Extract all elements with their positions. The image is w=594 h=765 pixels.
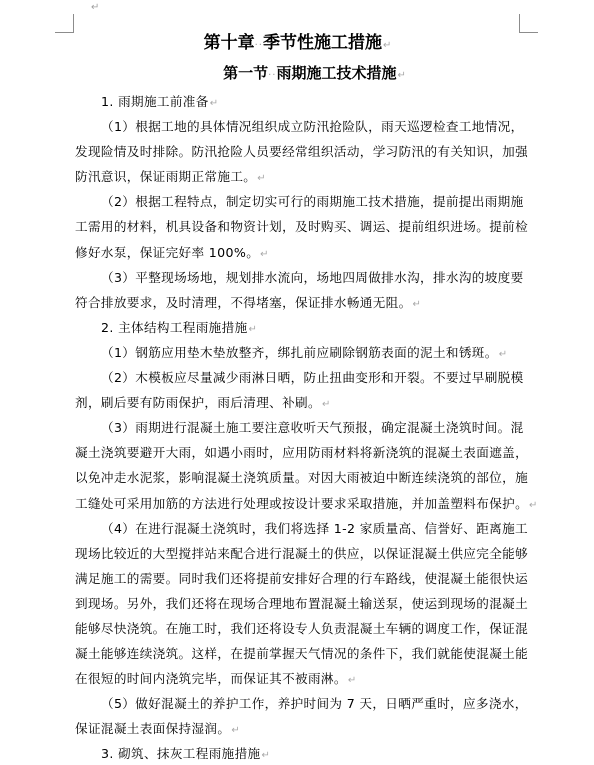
line-text: （2）木模板应尽量减少雨淋日晒，防止扭曲变形和开裂。不要过早刷脱模 bbox=[101, 370, 524, 385]
paragraph-mark-icon: ↵ bbox=[322, 399, 331, 410]
line-text: 到现场。另外，我们还将在现场合理地布置混凝土输送泵，使运到现场的混凝土 bbox=[75, 596, 528, 611]
space-mark-icon: ·· bbox=[255, 40, 263, 51]
text-line: 2. 主体结构工程雨施措施↵ bbox=[75, 315, 520, 340]
line-text: 发现险情及时排除。防汛抢险人员要经常组织活动，学习防汛的有关知识，加强 bbox=[75, 144, 528, 159]
line-text: 现场比较近的大型搅拌站来配合进行混凝土的供应，以保证混凝土供应完全能够 bbox=[75, 546, 528, 561]
text-line: （1）钢筋应用垫木垫放整齐，绑扎前应刷除钢筋表面的泥土和锈斑。↵ bbox=[75, 340, 520, 365]
paragraph-mark-icon: ↵ bbox=[398, 70, 406, 81]
line-text: 3. 砌筑、抹灰工程雨施措施 bbox=[101, 746, 260, 761]
text-line: （4）在进行混凝土浇筑时，我们将选择 1-2 家质量高、信誉好、距离施工 bbox=[75, 516, 520, 541]
text-line: 工缝处可采用加筋的方法进行处理或按设计要求采取措施，并加盖塑料布保护。↵ bbox=[75, 491, 520, 516]
line-text: （5）做好混凝土的养护工作，养护时间为 7 天，日晒严重时，应多浇水， bbox=[101, 696, 528, 711]
text-line: 剂，刷后要有防雨保护，雨后清理、补刷。↵ bbox=[75, 390, 520, 415]
line-text: （2）根据工程特点，制定切实可行的雨期施工技术措施，提前提出雨期施 bbox=[101, 194, 524, 209]
paragraph-mark-icon: ↵ bbox=[257, 173, 266, 184]
text-line: 能够尽快浇筑。在施工时，我们还将设专人负责混凝土车辆的调度工作，保证混 bbox=[75, 616, 520, 641]
paragraph-mark-icon: ↵ bbox=[231, 725, 240, 736]
line-text: 满足施工的需要。同时我们还将提前安排好合理的行车路线，使混凝土能很快运 bbox=[75, 571, 528, 586]
paragraph-mark-icon: ↵ bbox=[249, 324, 258, 335]
line-text: （3）平整现场场地，规划排水流向，场地四周做排水沟，排水沟的坡度要 bbox=[101, 270, 524, 285]
text-line: 到现场。另外，我们还将在现场合理地布置混凝土输送泵，使运到现场的混凝土 bbox=[75, 591, 520, 616]
line-text: 2. 主体结构工程雨施措施 bbox=[101, 320, 248, 335]
line-text: （4）在进行混凝土浇筑时，我们将选择 1-2 家质量高、信誉好、距离施工 bbox=[101, 521, 528, 536]
line-text: 凝土浇筑要避开大雨，如遇小雨时，应用防雨材料将新浇筑的混凝土表面遮盖， bbox=[75, 445, 528, 460]
text-line: 3. 砌筑、抹灰工程雨施措施↵ bbox=[75, 741, 520, 765]
paragraph-mark-icon: ↵ bbox=[383, 40, 391, 51]
text-line: 1. 雨期施工前准备↵ bbox=[75, 89, 520, 114]
line-text: 以免冲走水泥浆，影响混凝土浇筑质量。对因大雨被迫中断连续浇筑的部位，施 bbox=[75, 470, 528, 485]
paragraph-mark-icon: ↵ bbox=[348, 675, 357, 686]
paragraph-mark-icon: ↵ bbox=[261, 750, 270, 761]
paragraph-mark-icon: ↵ bbox=[413, 299, 422, 310]
line-text: 保证混凝土表面保持湿润。 bbox=[75, 721, 230, 736]
text-line: （3）雨期进行混凝土施工要注意收听天气预报，确定混凝土浇筑时间。混 bbox=[75, 415, 520, 440]
text-line: （1）根据工地的具体情况组织成立防汛抢险队，雨天巡逻检查工地情况， bbox=[75, 114, 520, 139]
paragraph-mark-icon: ↵ bbox=[260, 249, 269, 260]
paragraph-mark-icon: ↵ bbox=[499, 349, 508, 360]
line-text: （1）根据工地的具体情况组织成立防汛抢险队，雨天巡逻检查工地情况， bbox=[101, 119, 524, 134]
chapter-title: 第十章··季节性施工措施↵ bbox=[75, 32, 520, 57]
text-line: （5）做好混凝土的养护工作，养护时间为 7 天，日晒严重时，应多浇水， bbox=[75, 691, 520, 716]
line-text: 符合排放要求，及时清理，不得堵塞，保证排水畅通无阻。 bbox=[75, 295, 412, 310]
paragraph-mark-icon: ↵ bbox=[210, 98, 219, 109]
text-line: 满足施工的需要。同时我们还将提前安排好合理的行车路线，使混凝土能很快运 bbox=[75, 566, 520, 591]
text-line: （3）平整现场场地，规划排水流向，场地四周做排水沟，排水沟的坡度要 bbox=[75, 265, 520, 290]
line-text: 1. 雨期施工前准备 bbox=[101, 94, 209, 109]
line-text: 剂，刷后要有防雨保护，雨后清理、补刷。 bbox=[75, 395, 321, 410]
text-line: （2）木模板应尽量减少雨淋日晒，防止扭曲变形和开裂。不要过早刷脱模 bbox=[75, 365, 520, 390]
line-text: （3）雨期进行混凝土施工要注意收听天气预报，确定混凝土浇筑时间。混 bbox=[101, 420, 524, 435]
text-line: 符合排放要求，及时清理，不得堵塞，保证排水畅通无阻。↵ bbox=[75, 290, 520, 315]
line-text: 能够尽快浇筑。在施工时，我们还将设专人负责混凝土车辆的调度工作，保证混 bbox=[75, 621, 528, 636]
text-line: 发现险情及时排除。防汛抢险人员要经常组织活动，学习防汛的有关知识，加强 bbox=[75, 139, 520, 164]
text-line: 以免冲走水泥浆，影响混凝土浇筑质量。对因大雨被迫中断连续浇筑的部位，施 bbox=[75, 465, 520, 490]
line-text: 修好水泵，保证完好率 100%。 bbox=[75, 245, 259, 260]
section-title: 第一节··雨期施工技术措施↵ bbox=[75, 63, 520, 86]
line-text: 工缝处可采用加筋的方法进行处理或按设计要求采取措施，并加盖塑料布保护。 bbox=[75, 496, 528, 511]
margin-corner-mark-top-left bbox=[55, 14, 74, 33]
text-line: 凝土能够连续浇筑。这样，在提前掌握天气情况的条件下，我们就能使混凝土能 bbox=[75, 641, 520, 666]
line-text: 在很短的时间内浇筑完毕，而保证其不被雨淋。 bbox=[75, 671, 347, 686]
line-text: 工需用的材料，机具设备和物资计划，及时购买、调运、提前组织进场。提前检 bbox=[75, 219, 528, 234]
text-line: 在很短的时间内浇筑完毕，而保证其不被雨淋。↵ bbox=[75, 666, 520, 691]
text-line: 防汛意识，保证雨期正常施工。↵ bbox=[75, 164, 520, 189]
text-line: 保证混凝土表面保持湿润。↵ bbox=[75, 716, 520, 741]
line-text: 防汛意识，保证雨期正常施工。 bbox=[75, 169, 256, 184]
text-line: 凝土浇筑要避开大雨，如遇小雨时，应用防雨材料将新浇筑的混凝土表面遮盖， bbox=[75, 440, 520, 465]
line-text: （1）钢筋应用垫木垫放整齐，绑扎前应刷除钢筋表面的泥土和锈斑。 bbox=[101, 345, 498, 360]
text-line: 修好水泵，保证完好率 100%。↵ bbox=[75, 240, 520, 265]
text-line: （2）根据工程特点，制定切实可行的雨期施工技术措施，提前提出雨期施 bbox=[75, 189, 520, 214]
margin-corner-mark-top-right bbox=[519, 14, 538, 33]
line-text: 凝土能够连续浇筑。这样，在提前掌握天气情况的条件下，我们就能使混凝土能 bbox=[75, 646, 528, 661]
text-line: 工需用的材料，机具设备和物资计划，及时购买、调运、提前组织进场。提前检 bbox=[75, 214, 520, 239]
text-line: 现场比较近的大型搅拌站来配合进行混凝土的供应，以保证混凝土供应完全能够 bbox=[75, 541, 520, 566]
document-body[interactable]: 1. 雨期施工前准备↵（1）根据工地的具体情况组织成立防汛抢险队，雨天巡逻检查工… bbox=[75, 89, 520, 765]
paragraph-mark-icon: ↵ bbox=[529, 500, 538, 511]
paragraph-mark-icon: ↵ bbox=[91, 3, 99, 13]
